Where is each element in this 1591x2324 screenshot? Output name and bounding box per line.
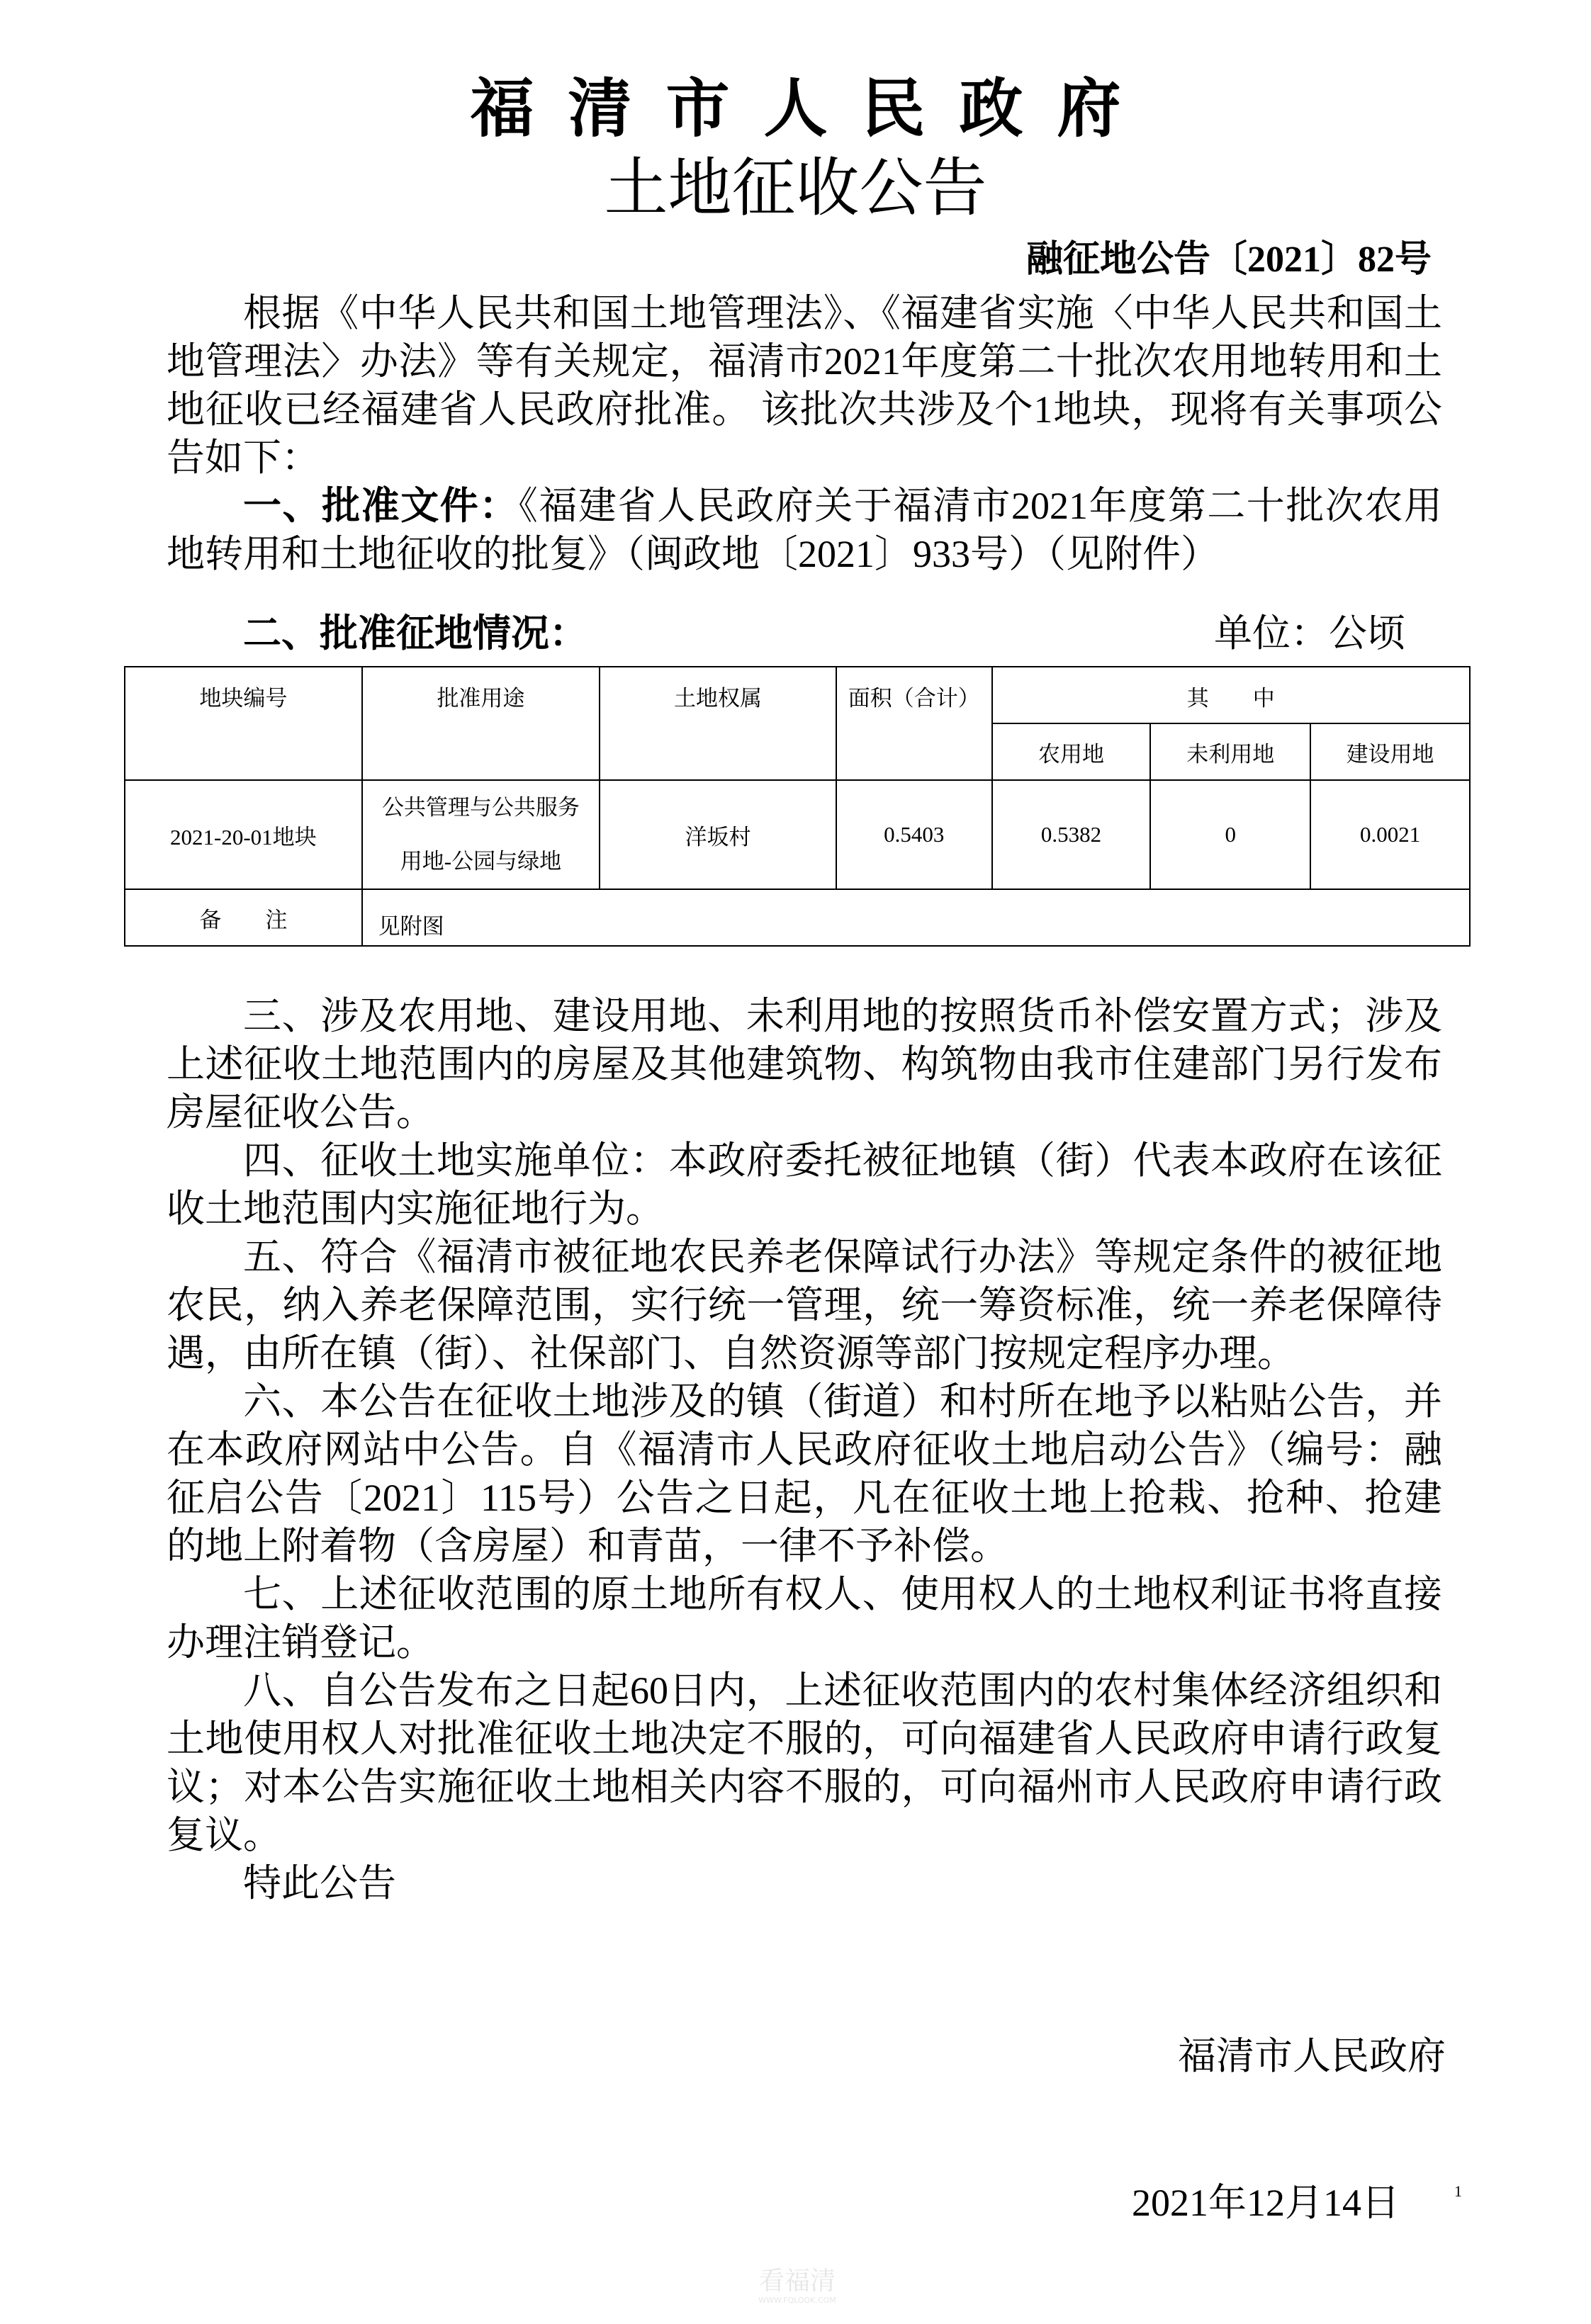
table-remarks-row: 备 注 见附图 xyxy=(125,889,1470,946)
section-4-paragraph: 四、征收土地实施单位：本政府委托被征地镇（街）代表本政府在该征收土地范围内实施征… xyxy=(167,1136,1442,1233)
approved-use-line2: 用地-公园与绿地 xyxy=(366,835,597,889)
section-5-paragraph: 五、符合《福清市被征地农民养老保障试行办法》等规定条件的被征地农民，纳入养老保障… xyxy=(167,1233,1442,1377)
signature: 福清市人民政府 xyxy=(1178,2032,1446,2080)
watermark: 看福清 WWW.FQLOOK.COM xyxy=(748,2267,847,2306)
issuer-title: 福清市人民政府 xyxy=(0,71,1591,149)
cell-ownership: 洋坂村 xyxy=(600,780,836,889)
section-1-label: 一、批准文件： xyxy=(243,485,519,527)
watermark-text: 看福清 xyxy=(748,2267,847,2296)
header-agricultural: 农用地 xyxy=(992,723,1151,780)
cell-approved-use: 公共管理与公共服务 用地-公园与绿地 xyxy=(362,780,600,889)
notice-title: 土地征收公告 xyxy=(0,150,1591,228)
cell-unused: 0 xyxy=(1150,780,1310,889)
section-6-paragraph: 六、本公告在征收土地涉及的镇（街道）和村所在地予以粘贴公告，并在本政府网站中公告… xyxy=(167,1377,1442,1570)
header-area-total: 面积（合计） xyxy=(836,667,992,780)
watermark-url: WWW.FQLOOK.COM xyxy=(748,2296,847,2306)
header-ownership: 土地权属 xyxy=(600,667,836,780)
section-2-label: 二、批准征地情况： xyxy=(167,609,588,658)
issue-date: 2021年12月14日 xyxy=(1132,2179,1400,2227)
land-approval-table: 地块编号 批准用途 土地权属 面积（合计） 其 中 农用地 未利用地 建设用地 … xyxy=(124,666,1471,947)
table-header-row: 地块编号 批准用途 土地权属 面积（合计） 其 中 xyxy=(125,667,1470,723)
section-7-paragraph: 七、上述征收范围的原土地所有权人、使用权人的土地权利证书将直接办理注销登记。 xyxy=(167,1570,1442,1666)
remarks-label: 备 注 xyxy=(125,889,362,946)
section-1-paragraph: 一、批准文件：《福建省人民政府关于福清市2021年度第二十批次农用地转用和土地征… xyxy=(167,482,1442,578)
intro-block: 根据《中华人民共和国土地管理法》、《福建省实施〈中华人民共和国土地管理法〉办法》… xyxy=(167,289,1442,578)
cell-area-total: 0.5403 xyxy=(836,780,992,889)
sections-block: 三、涉及农用地、建设用地、未利用地的按照货币补偿安置方式；涉及上述征收土地范围内… xyxy=(167,992,1442,1907)
header-unused: 未利用地 xyxy=(1150,723,1310,780)
closing-phrase: 特此公告 xyxy=(167,1859,1442,1907)
cell-construction: 0.0021 xyxy=(1310,780,1470,889)
header-approved-use: 批准用途 xyxy=(362,667,600,780)
cell-agricultural: 0.5382 xyxy=(992,780,1151,889)
table-row: 2021-20-01地块 公共管理与公共服务 用地-公园与绿地 洋坂村 0.54… xyxy=(125,780,1470,889)
document-number: 融征地公告〔2021〕82号 xyxy=(1026,235,1432,285)
page-number: 1 xyxy=(1454,2182,1462,2201)
header-construction: 建设用地 xyxy=(1310,723,1470,780)
header-plot-id: 地块编号 xyxy=(125,667,362,780)
unit-label: 单位：公顷 xyxy=(1214,609,1405,658)
section-3-paragraph: 三、涉及农用地、建设用地、未利用地的按照货币补偿安置方式；涉及上述征收土地范围内… xyxy=(167,992,1442,1136)
intro-paragraph: 根据《中华人民共和国土地管理法》、《福建省实施〈中华人民共和国土地管理法〉办法》… xyxy=(167,289,1442,482)
cell-plot-id: 2021-20-01地块 xyxy=(125,780,362,889)
section-8-paragraph: 八、自公告发布之日起60日内，上述征收范围内的农村集体经济组织和土地使用权人对批… xyxy=(167,1666,1442,1859)
header-of-which: 其 中 xyxy=(992,667,1470,723)
remarks-value: 见附图 xyxy=(362,889,1470,946)
approved-use-line1: 公共管理与公共服务 xyxy=(366,781,597,835)
